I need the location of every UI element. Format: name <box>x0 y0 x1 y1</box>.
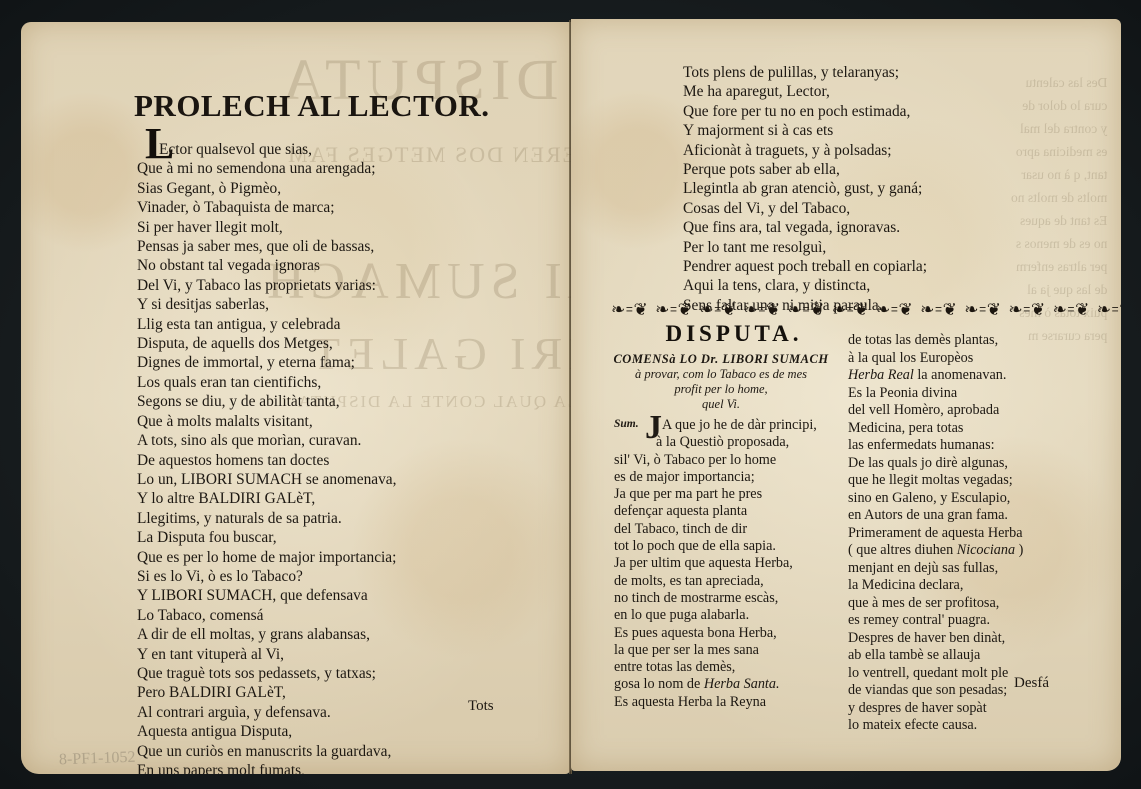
verse-line: Pero BALDIRI GALèT, <box>137 683 396 702</box>
verse-line: ab ella tambè se allauja <box>848 647 1023 665</box>
verse-line: en Autors de una gran fama. <box>848 507 1023 525</box>
library-shelfmark: 8-PF1-1052 <box>59 749 136 770</box>
verse-line: es remey contral' puagra. <box>848 612 1023 630</box>
verse-line: Vinader, ò Tabaquista de marca; <box>137 198 396 217</box>
verse-line: Tots plens de pulillas, y telaranyas; <box>683 63 927 82</box>
verse-line: Llegintla ab gran atenciò, gust, y ganá; <box>683 179 927 198</box>
prologue-verse: Ector qualsevol que sias, Que à mi no se… <box>137 140 396 774</box>
verse-line: Disputa, de aquells dos Metges, <box>137 334 396 353</box>
section-title: DISPUTA. <box>649 321 819 347</box>
verse-line: Medicina, pera totas <box>848 420 1023 438</box>
verse-line: Al contrari arguìa, y defensava. <box>137 703 396 722</box>
verse-line: à la qual los Europèos <box>848 350 1023 368</box>
verse-line: de totas las demès plantas, <box>848 332 1023 350</box>
verse-line: Es aquesta Herba la Reyna <box>614 694 817 711</box>
verse-line: entre totas las demès, <box>614 659 817 676</box>
verse-line: Sias Gegant, ò Pigmèo, <box>137 179 396 198</box>
verse-line: Que fins ara, tal vegada, ignoravas. <box>683 218 927 237</box>
verse-line: Pendrer aquest poch treball en copiarla; <box>683 257 927 276</box>
verse-line: Que traguè tots sos pedassets, y tatxas; <box>137 664 396 683</box>
verse-line: Que es per lo home de major importancia; <box>137 548 396 567</box>
verse-line: que à mes de ser profitosa, <box>848 595 1023 613</box>
right-page: Des las calentu cura lo dolor de y contr… <box>571 19 1121 771</box>
subtitle-line: à provar, com lo Tabaco es de mes <box>611 367 831 382</box>
verse-line: De las quals jo dirè algunas, <box>848 455 1023 473</box>
verse-line: Y LIBORI SUMACH, que defensava <box>137 586 396 605</box>
verse-line: Que un curiòs en manuscrits la guardava, <box>137 742 396 761</box>
page-title: PROLECH AL LECTOR. <box>134 88 490 124</box>
verse-line: de molts, es tan apreciada, <box>614 573 817 590</box>
verse-text: la anomenavan. <box>914 367 1007 383</box>
verse-line: Llegitims, y naturals de sa patria. <box>137 509 396 528</box>
verse-line: Me ha aparegut, Lector, <box>683 82 927 101</box>
verse-line: sil' Vi, ò Tabaco per lo home <box>614 452 817 469</box>
verse-line: del Tabaco, tinch de dir <box>614 521 817 538</box>
verse-line: gosa lo nom de Herba Santa. <box>614 676 817 693</box>
verse-text: ) <box>1015 542 1023 558</box>
verse-line: Y si desitjas saberlas, <box>137 295 396 314</box>
verse-line: menjant en dejù sas fullas, <box>848 560 1023 578</box>
italic-term: Herba Santa. <box>704 676 780 692</box>
verse-line: Si per haver llegit molt, <box>137 218 396 237</box>
verse-line: Ector qualsevol que sias, <box>137 140 396 159</box>
verse-line: lo mateix efecte causa. <box>848 717 1023 735</box>
verse-line: ( que altres diuhen Nicociana ) <box>848 542 1023 560</box>
verse-line: es de major importancia; <box>614 469 817 486</box>
verse-line: Segons se diu, y de abilitàt tanta, <box>137 392 396 411</box>
verse-line: Lo un, LIBORI SUMACH se anomenava, <box>137 470 396 489</box>
verse-line: Que fore per tu no en poch estimada, <box>683 102 927 121</box>
verse-line: Y majorment si à cas ets <box>683 121 927 140</box>
verse-line: en lo que puga alabarla. <box>614 607 817 624</box>
verse-line: la que per ser la mes sana <box>614 642 817 659</box>
verse-line: De aquestos homens tan doctes <box>137 451 396 470</box>
verse-line: de viandas que son pesadas; <box>848 682 1023 700</box>
subtitle-line: quel Vi. <box>611 397 831 412</box>
verse-line: la Medicina declara, <box>848 577 1023 595</box>
verse-line: Perque pots saber ab ella, <box>683 160 927 179</box>
verse-line: Dignes de immortal, y eterna fama; <box>137 353 396 372</box>
verse-line: Es la Peonia divina <box>848 385 1023 403</box>
verse-line: no tinch de mostrarme escàs, <box>614 590 817 607</box>
verse-line: Aquesta antigua Disputa, <box>137 722 396 741</box>
verse-text: gosa lo nom de <box>614 676 704 692</box>
verse-line: Es pues aquesta bona Herba, <box>614 625 817 642</box>
catchword: Desfá <box>1014 675 1049 692</box>
verse-line: Despres de haver ben dinàt, <box>848 630 1023 648</box>
verse-line: Y en tant vituperà al Vi, <box>137 645 396 664</box>
verse-line: No obstant tal vegada ignoras <box>137 256 396 275</box>
verse-line: lo ventrell, quedant molt ple <box>848 665 1023 683</box>
section-subtitle: COMENSà LO Dr. LIBORI SUMACH à provar, c… <box>611 352 831 412</box>
verse-line: Pensas ja saber mes, que oli de bassas, <box>137 237 396 256</box>
verse-line: del vell Homèro, aprobada <box>848 402 1023 420</box>
verse-line: A que jo he de dàr principi, <box>614 417 817 434</box>
verse-line: à la Questiò proposada, <box>614 434 817 451</box>
verse-line: Del Vi, y Tabaco las proprietats varias: <box>137 276 396 295</box>
verse-line: La Disputa fou buscar, <box>137 528 396 547</box>
italic-term: Herba Real <box>848 367 914 383</box>
verse-line: Lo Tabaco, comensá <box>137 606 396 625</box>
disputa-column-left: A que jo he de dàr principi, à la Questi… <box>614 417 817 711</box>
verse-line: tot lo poch que de ella sapia. <box>614 538 817 555</box>
verse-line: sino en Galeno, y Esculapio, <box>848 490 1023 508</box>
decorative-ornament-band: ❧꞊❦ ❧꞊❦ ❧꞊❦ ❧꞊❦ ❧꞊❦ ❧꞊❦ ❧꞊❦ ❧꞊❦ ❧꞊❦ ❧꞊❦ … <box>611 300 1066 320</box>
subtitle-line: profit per lo home, <box>611 382 831 397</box>
verse-line: Que à mi no semendona una arengada; <box>137 159 396 178</box>
verse-line: Herba Real la anomenavan. <box>848 367 1023 385</box>
disputa-column-right: de totas las demès plantas, à la qual lo… <box>848 332 1023 735</box>
verse-line: Primerament de aquesta Herba <box>848 525 1023 543</box>
verse-line: A dir de ell moltas, y grans alabansas, <box>137 625 396 644</box>
subtitle-line: COMENSà LO Dr. LIBORI SUMACH <box>611 352 831 367</box>
prologue-verse-continued: Tots plens de pulillas, y telaranyas; Me… <box>683 63 927 315</box>
verse-line: A tots, sino als que morìan, curavan. <box>137 431 396 450</box>
verse-line: Que à molts malalts visitant, <box>137 412 396 431</box>
verse-line: En uns papers molt fumats, <box>137 761 396 774</box>
verse-line: que he llegit moltas vegadas; <box>848 472 1023 490</box>
italic-term: Nicociana <box>957 542 1015 558</box>
verse-line: Y lo altre BALDIRI GALèT, <box>137 489 396 508</box>
verse-line: Si es lo Vi, ò es lo Tabaco? <box>137 567 396 586</box>
verse-line: Ja que per ma part he pres <box>614 486 817 503</box>
catchword: Tots <box>468 698 494 715</box>
verse-line: Ja per ultim que aquesta Herba, <box>614 555 817 572</box>
verse-line: Aficionàt à traguets, y à polsadas; <box>683 141 927 160</box>
verse-line: Per lo tant me resolguì, <box>683 238 927 257</box>
verse-line: Los quals eran tan cientifichs, <box>137 373 396 392</box>
verse-line: Cosas del Vi, y del Tabaco, <box>683 199 927 218</box>
verse-line: Llig esta tan antigua, y celebrada <box>137 315 396 334</box>
left-page: DISPUTA TINGUEREN DOS METGES FAM LIBORI … <box>21 22 571 774</box>
verse-line: y despres de haver sopàt <box>848 700 1023 718</box>
verse-line: Aqui la tens, clara, y distincta, <box>683 276 927 295</box>
verse-line: las enfermedats humanas: <box>848 437 1023 455</box>
verse-text: ( que altres diuhen <box>848 542 957 558</box>
verse-line: defençar aquesta planta <box>614 503 817 520</box>
